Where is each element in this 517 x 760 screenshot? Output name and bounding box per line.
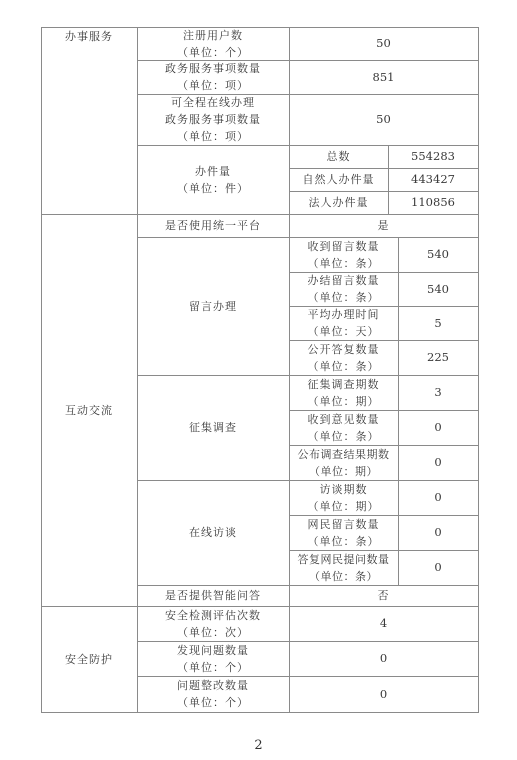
group-label-messages: 留言办理 [137, 237, 289, 375]
document-page: 办事服务 注册用户数 （单位：个） 50 政务服务事项数量 （单位：项） 851… [0, 0, 517, 760]
value-messages-received: 540 [398, 237, 478, 272]
value-interview-periods: 0 [398, 480, 478, 515]
value-registered-users: 50 [289, 27, 478, 60]
label-messages-received: 收到留言数量 （单位：条） [289, 237, 398, 272]
value-messages-closed: 540 [398, 272, 478, 306]
label-avg-handling-time: 平均办理时间 （单位：天） [289, 306, 398, 340]
row-label-unified-platform: 是否使用统一平台 [137, 214, 289, 237]
label-netizen-replies: 答复网民提问数量 （单位：条） [289, 550, 398, 585]
section-label-security: 安全防护 [41, 606, 137, 712]
row-label-issues-found: 发现问题数量 （单位：个） [137, 641, 289, 676]
value-legal-person: 110856 [388, 191, 478, 214]
value-survey-periods: 3 [398, 375, 478, 410]
value-unified-platform: 是 [289, 214, 478, 237]
label-legal-person: 法人办件量 [289, 191, 388, 214]
label-public-replies: 公开答复数量 （单位：条） [289, 340, 398, 375]
label-survey-periods: 征集调查期数 （单位：期） [289, 375, 398, 410]
page-number: 2 [0, 738, 517, 753]
value-public-replies: 225 [398, 340, 478, 375]
label-opinions-received: 收到意见数量 （单位：条） [289, 410, 398, 445]
value-natural-person: 443427 [388, 168, 478, 191]
label-survey-results-published: 公布调查结果期数 （单位：期） [289, 445, 398, 480]
section-label-service: 办事服务 [41, 27, 137, 214]
value-service-items: 851 [289, 60, 478, 94]
value-survey-results-published: 0 [398, 445, 478, 480]
value-online-service-items: 50 [289, 94, 478, 145]
row-label-case-volume: 办件量 （单位：件） [137, 145, 289, 214]
group-label-interview: 在线访谈 [137, 480, 289, 585]
row-label-smart-qa: 是否提供智能问答 [137, 585, 289, 606]
group-label-survey: 征集调查 [137, 375, 289, 480]
value-total: 554283 [388, 145, 478, 168]
label-natural-person: 自然人办件量 [289, 168, 388, 191]
row-label-service-items: 政务服务事项数量 （单位：项） [137, 60, 289, 94]
label-total: 总数 [289, 145, 388, 168]
value-avg-handling-time: 5 [398, 306, 478, 340]
row-label-online-service-items: 可全程在线办理 政务服务事项数量 （单位：项） [137, 94, 289, 145]
value-netizen-messages: 0 [398, 515, 478, 550]
value-security-checks: 4 [289, 606, 478, 641]
row-label-issues-fixed: 问题整改数量 （单位：个） [137, 676, 289, 712]
value-netizen-replies: 0 [398, 550, 478, 585]
row-label-security-checks: 安全检测评估次数 （单位：次） [137, 606, 289, 641]
value-issues-found: 0 [289, 641, 478, 676]
value-smart-qa: 否 [289, 585, 478, 606]
row-label-registered-users: 注册用户数 （单位：个） [137, 27, 289, 60]
section-label-interaction: 互动交流 [41, 214, 137, 606]
label-messages-closed: 办结留言数量 （单位：条） [289, 272, 398, 306]
label-interview-periods: 访谈期数 （单位：期） [289, 480, 398, 515]
value-opinions-received: 0 [398, 410, 478, 445]
value-issues-fixed: 0 [289, 676, 478, 712]
table-border-right [478, 27, 479, 713]
table-border-bottom [41, 712, 479, 713]
label-netizen-messages: 网民留言数量 （单位：条） [289, 515, 398, 550]
